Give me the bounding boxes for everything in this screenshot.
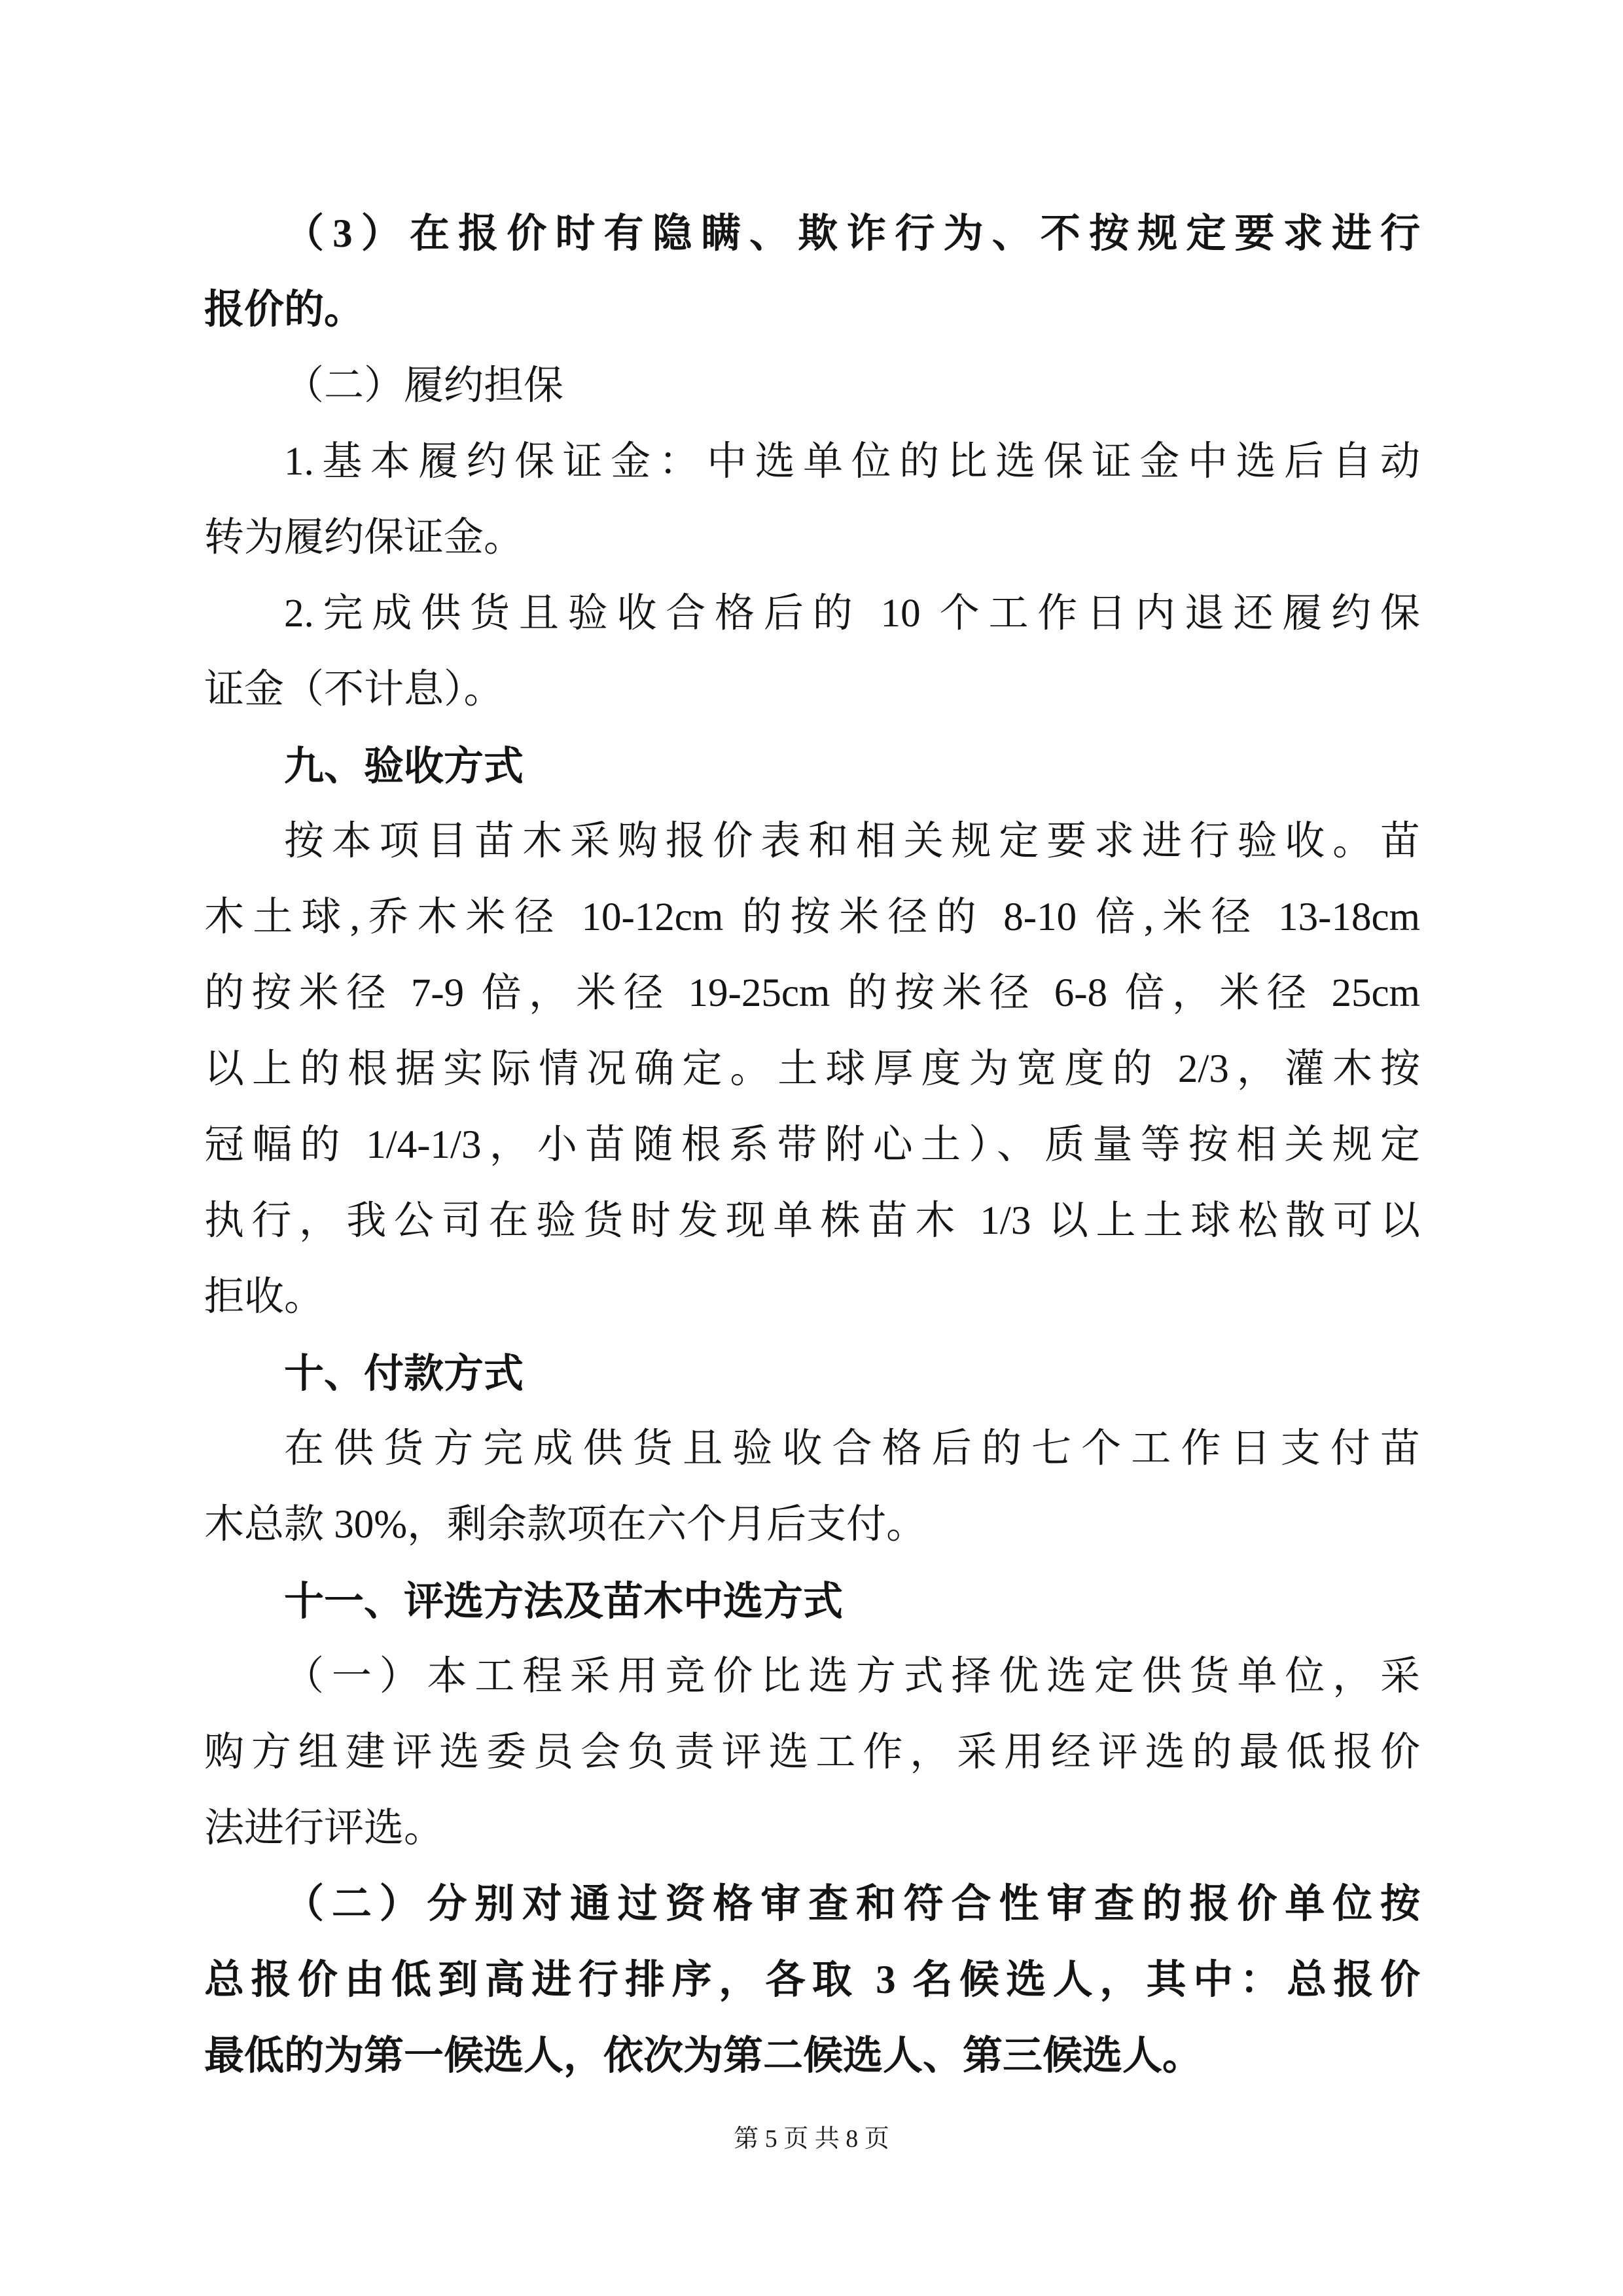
text-line: 的按米径 7-9 倍，米径 19-25cm 的按米径 6-8 倍，米径 25cm [204, 956, 1420, 1031]
text-line: 十、付款方式 [204, 1335, 1420, 1411]
text-line: 法进行评选。 [204, 1791, 1420, 1867]
text-line: （二）履约担保 [204, 348, 1420, 424]
text-line: （3）在报价时有隐瞒、欺诈行为、不按规定要求进行 [204, 196, 1420, 272]
text-line: 证金（不计息）。 [204, 652, 1420, 728]
document-page: （3）在报价时有隐瞒、欺诈行为、不按规定要求进行报价的。（二）履约担保1.基本履… [0, 0, 1623, 2296]
text-line: 2.完成供货且验收合格后的 10 个工作日内退还履约保 [204, 576, 1420, 652]
text-line: 冠幅的 1/4-1/3，小苗随根系带附心土）、质量等按相关规定 [204, 1107, 1420, 1183]
text-line: 1.基本履约保证金：中选单位的比选保证金中选后自动 [204, 424, 1420, 500]
text-line: （二）分别对通过资格审查和符合性审查的报价单位按 [204, 1867, 1420, 1943]
text-line: 拒收。 [204, 1259, 1420, 1335]
text-line: （一）本工程采用竞价比选方式择优选定供货单位，采 [204, 1639, 1420, 1715]
text-line: 按本项目苗木采购报价表和相关规定要求进行验收。苗 [204, 804, 1420, 880]
text-line: 九、验收方式 [204, 728, 1420, 804]
document-lines: （3）在报价时有隐瞒、欺诈行为、不按规定要求进行报价的。（二）履约担保1.基本履… [204, 196, 1420, 2094]
text-line: 最低的为第一候选人，依次为第二候选人、第三候选人。 [204, 2018, 1420, 2094]
page-footer: 第 5 页 共 8 页 [0, 2119, 1623, 2159]
text-line: 执行，我公司在验货时发现单株苗木 1/3 以上土球松散可以 [204, 1183, 1420, 1259]
text-line: 木土球,乔木米径 10-12cm 的按米径的 8-10 倍,米径 13-18cm [204, 880, 1420, 956]
text-line: 报价的。 [204, 272, 1420, 348]
text-line: 木总款 30%，剩余款项在六个月后支付。 [204, 1487, 1420, 1563]
text-line: 购方组建评选委员会负责评选工作，采用经评选的最低报价 [204, 1715, 1420, 1791]
text-line: 十一、评选方法及苗木中选方式 [204, 1563, 1420, 1639]
text-line: 在供货方完成供货且验收合格后的七个工作日支付苗 [204, 1411, 1420, 1487]
text-line: 转为履约保证金。 [204, 500, 1420, 576]
text-line: 总报价由低到高进行排序，各取 3 名候选人，其中：总报价 [204, 1943, 1420, 2018]
text-line: 以上的根据实际情况确定。土球厚度为宽度的 2/3，灌木按 [204, 1031, 1420, 1107]
